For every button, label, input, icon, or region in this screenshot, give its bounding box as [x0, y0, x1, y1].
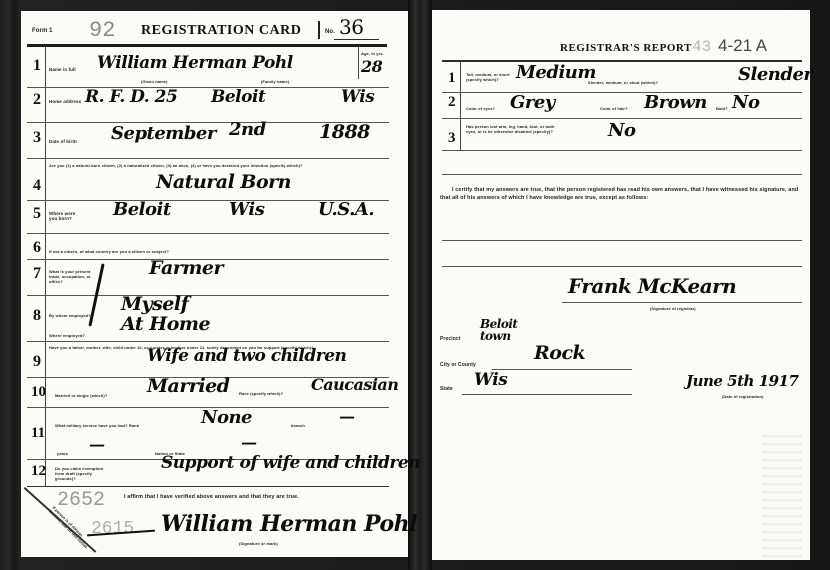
- field-question: Are you (1) a natural-born citizen, (2) …: [49, 163, 389, 168]
- stamp-number: 2652: [57, 489, 105, 512]
- state-value: Wis: [474, 370, 507, 390]
- birth-day-value: 2nd: [229, 119, 266, 140]
- occupation-value: Farmer: [149, 257, 223, 279]
- signature-label: (Signature or mark): [239, 541, 278, 546]
- divider: [27, 158, 389, 159]
- scan-noise: [762, 430, 802, 560]
- corner-note: If person is of African descent, tear of…: [48, 505, 95, 552]
- binding-spine: [408, 0, 432, 570]
- build-value: Slender: [738, 64, 812, 85]
- divider: [358, 47, 359, 79]
- field-label: By whom employed?: [49, 313, 91, 318]
- divider: [27, 341, 389, 342]
- certification-text: I certify that my answers are true, that…: [440, 186, 806, 202]
- report-title: REGISTRAR'S REPORT: [560, 42, 692, 54]
- field-label: Race (specify which)?: [239, 391, 283, 396]
- row-number: 2: [448, 94, 456, 111]
- field-label: Where employed?: [49, 333, 85, 338]
- row-number: 5: [33, 205, 41, 223]
- field-label: Age, in yrs.: [361, 51, 384, 56]
- name-value: William Herman Pohl: [97, 53, 293, 73]
- divider: [442, 240, 802, 241]
- exemption-value: Support of wife and children: [161, 453, 420, 473]
- bald-value: No: [732, 92, 759, 113]
- registration-date: June 5th 1917: [686, 372, 798, 390]
- field-sublabel: (Family name): [261, 79, 289, 84]
- registration-card: Form 1 92 REGISTRATION CARD No. 36 1 Nam…: [21, 11, 408, 557]
- form-label: Form 1: [32, 28, 53, 34]
- field-sublabel: (Given name): [141, 79, 168, 84]
- birth-year-value: 1888: [319, 121, 370, 143]
- state-value: Wis: [341, 87, 374, 107]
- row-number: 1: [33, 57, 41, 75]
- row-number: 1: [448, 70, 456, 87]
- field-question: If not a citizen, of what country are yo…: [49, 249, 169, 254]
- date-label: (Date of registration): [722, 394, 764, 399]
- row-number: 10: [31, 384, 46, 401]
- field-label: Bald?: [716, 106, 728, 111]
- birth-state-value: Wis: [229, 199, 264, 220]
- field-label: Do you claim exemption from draft (speci…: [55, 466, 113, 481]
- divider: [462, 394, 632, 395]
- field-label: City or County: [440, 362, 476, 368]
- divider: [442, 174, 802, 175]
- hair-color-value: Brown: [644, 92, 707, 113]
- field-label: Where were you born?: [49, 211, 79, 221]
- divider: [460, 62, 461, 150]
- divider: [27, 233, 389, 234]
- row-number: 11: [31, 425, 45, 442]
- divider: [27, 87, 389, 88]
- serial-stamp: 92: [89, 18, 115, 43]
- row-number: 7: [33, 265, 41, 283]
- military-nation-value: —: [241, 433, 257, 452]
- field-label: State: [440, 386, 453, 392]
- field-label: branch: [291, 423, 305, 428]
- field-label: Has person lost arm, leg, hand, foot, or…: [466, 124, 566, 134]
- card-title: REGISTRATION CARD: [141, 23, 301, 39]
- divider: [45, 47, 46, 487]
- military-years-value: —: [89, 435, 105, 454]
- precinct-value: Beloit town: [480, 318, 526, 342]
- divider: [442, 118, 802, 119]
- report-code: 4-21 A: [718, 36, 767, 56]
- registrar-signature: Frank McKearn: [568, 274, 736, 298]
- divider: [27, 44, 387, 47]
- city-value: Beloit: [211, 87, 265, 107]
- field-label: Name in full: [49, 67, 76, 72]
- citizenship-value: Natural Born: [156, 171, 291, 193]
- height-value: Medium: [516, 62, 596, 83]
- field-label: Color of eyes?: [466, 106, 495, 111]
- stamp-code: 43: [692, 38, 711, 56]
- birth-town-value: Beloit: [113, 199, 171, 220]
- field-label: What is your present trade, occupation, …: [49, 269, 101, 284]
- divider: [442, 150, 802, 151]
- card-number: 36: [339, 15, 363, 39]
- military-branch-value: —: [339, 407, 355, 426]
- row-number: 3: [33, 129, 41, 147]
- row-number: 12: [31, 463, 46, 480]
- field-label: years: [57, 451, 68, 456]
- row-number: 9: [33, 353, 41, 371]
- registrars-report: REGISTRAR'S REPORT 43 4-21 A 1 Tall, med…: [432, 10, 810, 560]
- field-label: Home address: [49, 99, 81, 104]
- divider: [27, 486, 389, 487]
- field-label: Married or single (which)?: [55, 393, 107, 398]
- signature-line: [562, 302, 802, 303]
- struck-number: 2615: [91, 519, 134, 539]
- row-number: 4: [33, 177, 41, 195]
- field-label: Date of birth: [49, 139, 77, 144]
- field-label: Tall, medium, or short (specify which)?: [466, 72, 512, 82]
- divider: [334, 39, 379, 40]
- row-number: 2: [33, 91, 41, 109]
- registrant-signature: William Herman Pohl: [161, 511, 417, 537]
- race-value: Caucasian: [311, 375, 398, 394]
- field-label: Precinct: [440, 336, 461, 342]
- field-label: Slender, medium, or stout (which)?: [588, 80, 658, 85]
- divider: [442, 60, 802, 62]
- field-label: What military service have you had? Rank: [55, 423, 139, 428]
- military-rank-value: None: [201, 407, 252, 428]
- affirmation-text: I affirm that I have verified above answ…: [124, 494, 299, 500]
- employment-place-value: At Home: [121, 313, 210, 335]
- number-label: No.: [325, 29, 335, 35]
- divider: [492, 369, 632, 370]
- eye-color-value: Grey: [510, 92, 555, 113]
- row-number: 8: [33, 307, 41, 325]
- divider: [442, 266, 802, 267]
- divider: [318, 21, 320, 39]
- row-number: 6: [33, 239, 41, 257]
- marital-status-value: Married: [147, 375, 229, 397]
- disability-value: No: [608, 120, 635, 141]
- divider: [27, 295, 389, 296]
- field-label: Color of hair?: [600, 106, 628, 111]
- birth-nation-value: U.S.A.: [318, 199, 374, 220]
- signature-label: (Signature of registrar): [650, 306, 696, 311]
- birth-month-value: September: [111, 123, 216, 144]
- county-value: Rock: [534, 342, 585, 364]
- street-value: R. F. D. 25: [85, 87, 177, 107]
- age-value: 28: [361, 57, 382, 76]
- dependents-value: Wife and two children: [147, 346, 346, 366]
- row-number: 3: [448, 130, 456, 147]
- employer-value: Myself: [121, 293, 188, 315]
